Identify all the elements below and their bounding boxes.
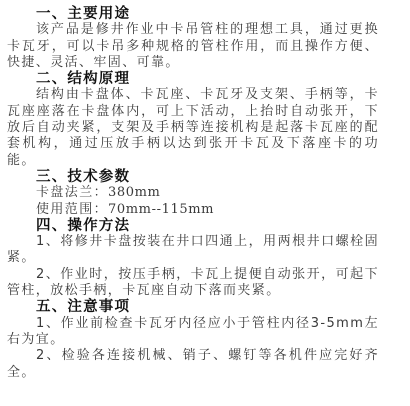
section-heading-operation: 四、操作方法: [7, 218, 379, 234]
spec-range-label: 使用范围：: [36, 202, 108, 217]
section-heading-notes: 五、注意事项: [7, 299, 379, 315]
document-body: 一、主要用途 该产品是修井作业中卡吊管柱的理想工具，通过更换卡瓦牙，可以卡吊多种…: [7, 6, 379, 381]
note-1: 1、作业前检查卡瓦牙内径应小于管柱内径3-5mm左右为宜。: [7, 316, 379, 349]
structure-paragraph: 结构由卡盘体、卡瓦座、卡瓦牙及支架、手柄等，卡瓦座座落在卡盘体内，可上下活动，上…: [7, 87, 379, 168]
section-heading-usage: 一、主要用途: [7, 6, 379, 22]
note-2: 2、检验各连接机械、销子、螺钉等各机件应完好齐全。: [7, 348, 379, 381]
spec-range: 使用范围：70mm--115mm: [7, 202, 379, 218]
usage-paragraph: 该产品是修井作业中卡吊管柱的理想工具，通过更换卡瓦牙，可以卡吊多种规格的管柱作用…: [7, 22, 379, 71]
section-heading-structure: 二、结构原理: [7, 71, 379, 87]
operation-step-1: 1、将修井卡盘按装在井口四通上，用两根井口螺栓固紧。: [7, 234, 379, 267]
spec-flange-value: 380mm: [108, 185, 160, 200]
spec-flange-label: 卡盘法兰：: [36, 185, 108, 200]
spec-range-value: 70mm--115mm: [108, 202, 214, 217]
operation-step-2: 2、作业时，按压手柄，卡瓦上提便自动张开，可起下管柱，放松手柄，卡瓦座自动下落而…: [7, 267, 379, 300]
section-heading-specs: 三、技术参数: [7, 169, 379, 185]
spec-flange: 卡盘法兰：380mm: [7, 185, 379, 201]
